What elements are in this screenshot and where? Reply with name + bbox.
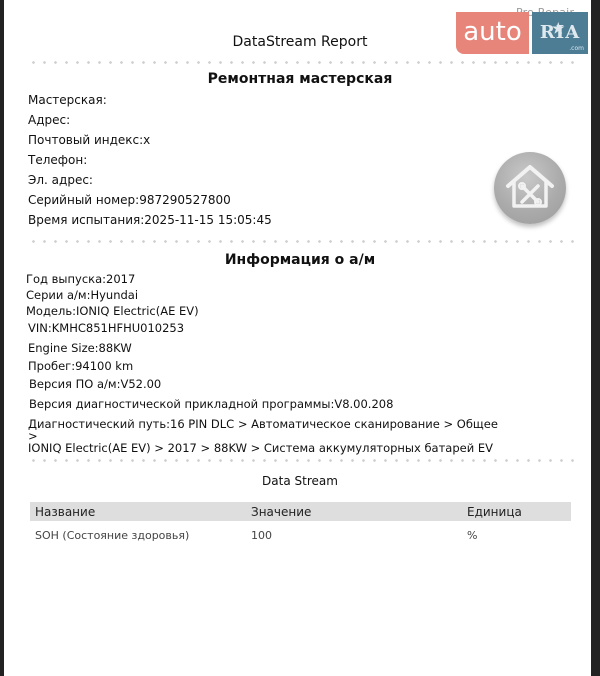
- vehicle-heading: Информация о а/м: [4, 252, 596, 268]
- mileage: Пробег:94100 km: [28, 359, 133, 373]
- workshop-phone: Телефон:: [28, 153, 87, 167]
- cell-unit: %: [467, 521, 477, 551]
- workshop-postcode: Почтовый индекс:x: [28, 133, 150, 147]
- vehicle-year: Год выпуска:2017: [26, 272, 135, 286]
- engine-size: Engine Size:88KW: [28, 341, 132, 355]
- workshop-heading: Ремонтная мастерская: [4, 71, 596, 87]
- report-title: DataStream Report: [4, 34, 596, 50]
- cell-value: 100: [251, 521, 272, 551]
- diagnostic-path-line-2: IONIQ Electric(AE EV) > 2017 > 88KW > Си…: [28, 442, 498, 454]
- diagnostic-app-version: Версия диагностической прикладной програ…: [29, 397, 393, 411]
- vehicle-make: Серии а/м:Hyundai: [26, 288, 138, 302]
- workshop-email: Эл. адрес:: [28, 173, 93, 187]
- vehicle-vin: VIN:KMHC851HFHU010253: [28, 321, 184, 335]
- column-header-unit: Единица: [467, 502, 522, 523]
- workshop-address: Адрес:: [28, 113, 70, 127]
- diagnostic-path-line-1: Диагностический путь:16 PIN DLC > Автома…: [28, 418, 498, 442]
- table-row: SOH (Состояние здоровья) 100 %: [30, 521, 571, 551]
- table-header: Название Значение Единица: [30, 502, 571, 521]
- dotted-divider: [28, 61, 576, 64]
- test-time: Время испытания:2025-11-15 15:05:45: [28, 213, 272, 227]
- ecu-software-version: Версия ПО а/м:V52.00: [29, 377, 161, 391]
- diagnostic-path: Диагностический путь:16 PIN DLC > Автома…: [28, 418, 498, 454]
- cell-name: SOH (Состояние здоровья): [35, 521, 189, 551]
- column-header-value: Значение: [251, 502, 311, 523]
- house-wrench-icon: [494, 152, 566, 224]
- column-header-name: Название: [35, 502, 95, 523]
- vehicle-model: Модель:IONIQ Electric(AE EV): [26, 304, 199, 318]
- window-frame-right: [591, 0, 600, 676]
- serial-number: Серийный номер:987290527800: [28, 193, 231, 207]
- dotted-divider: [28, 240, 576, 243]
- datastream-heading: Data Stream: [4, 474, 596, 488]
- report-page: Pro Repair auto ★ RIA .com DataStream Re…: [4, 0, 591, 676]
- datastream-table: Название Значение Единица SOH (Состояние…: [30, 502, 571, 551]
- dotted-divider: [28, 459, 576, 462]
- workshop-name: Мастерская:: [28, 93, 107, 107]
